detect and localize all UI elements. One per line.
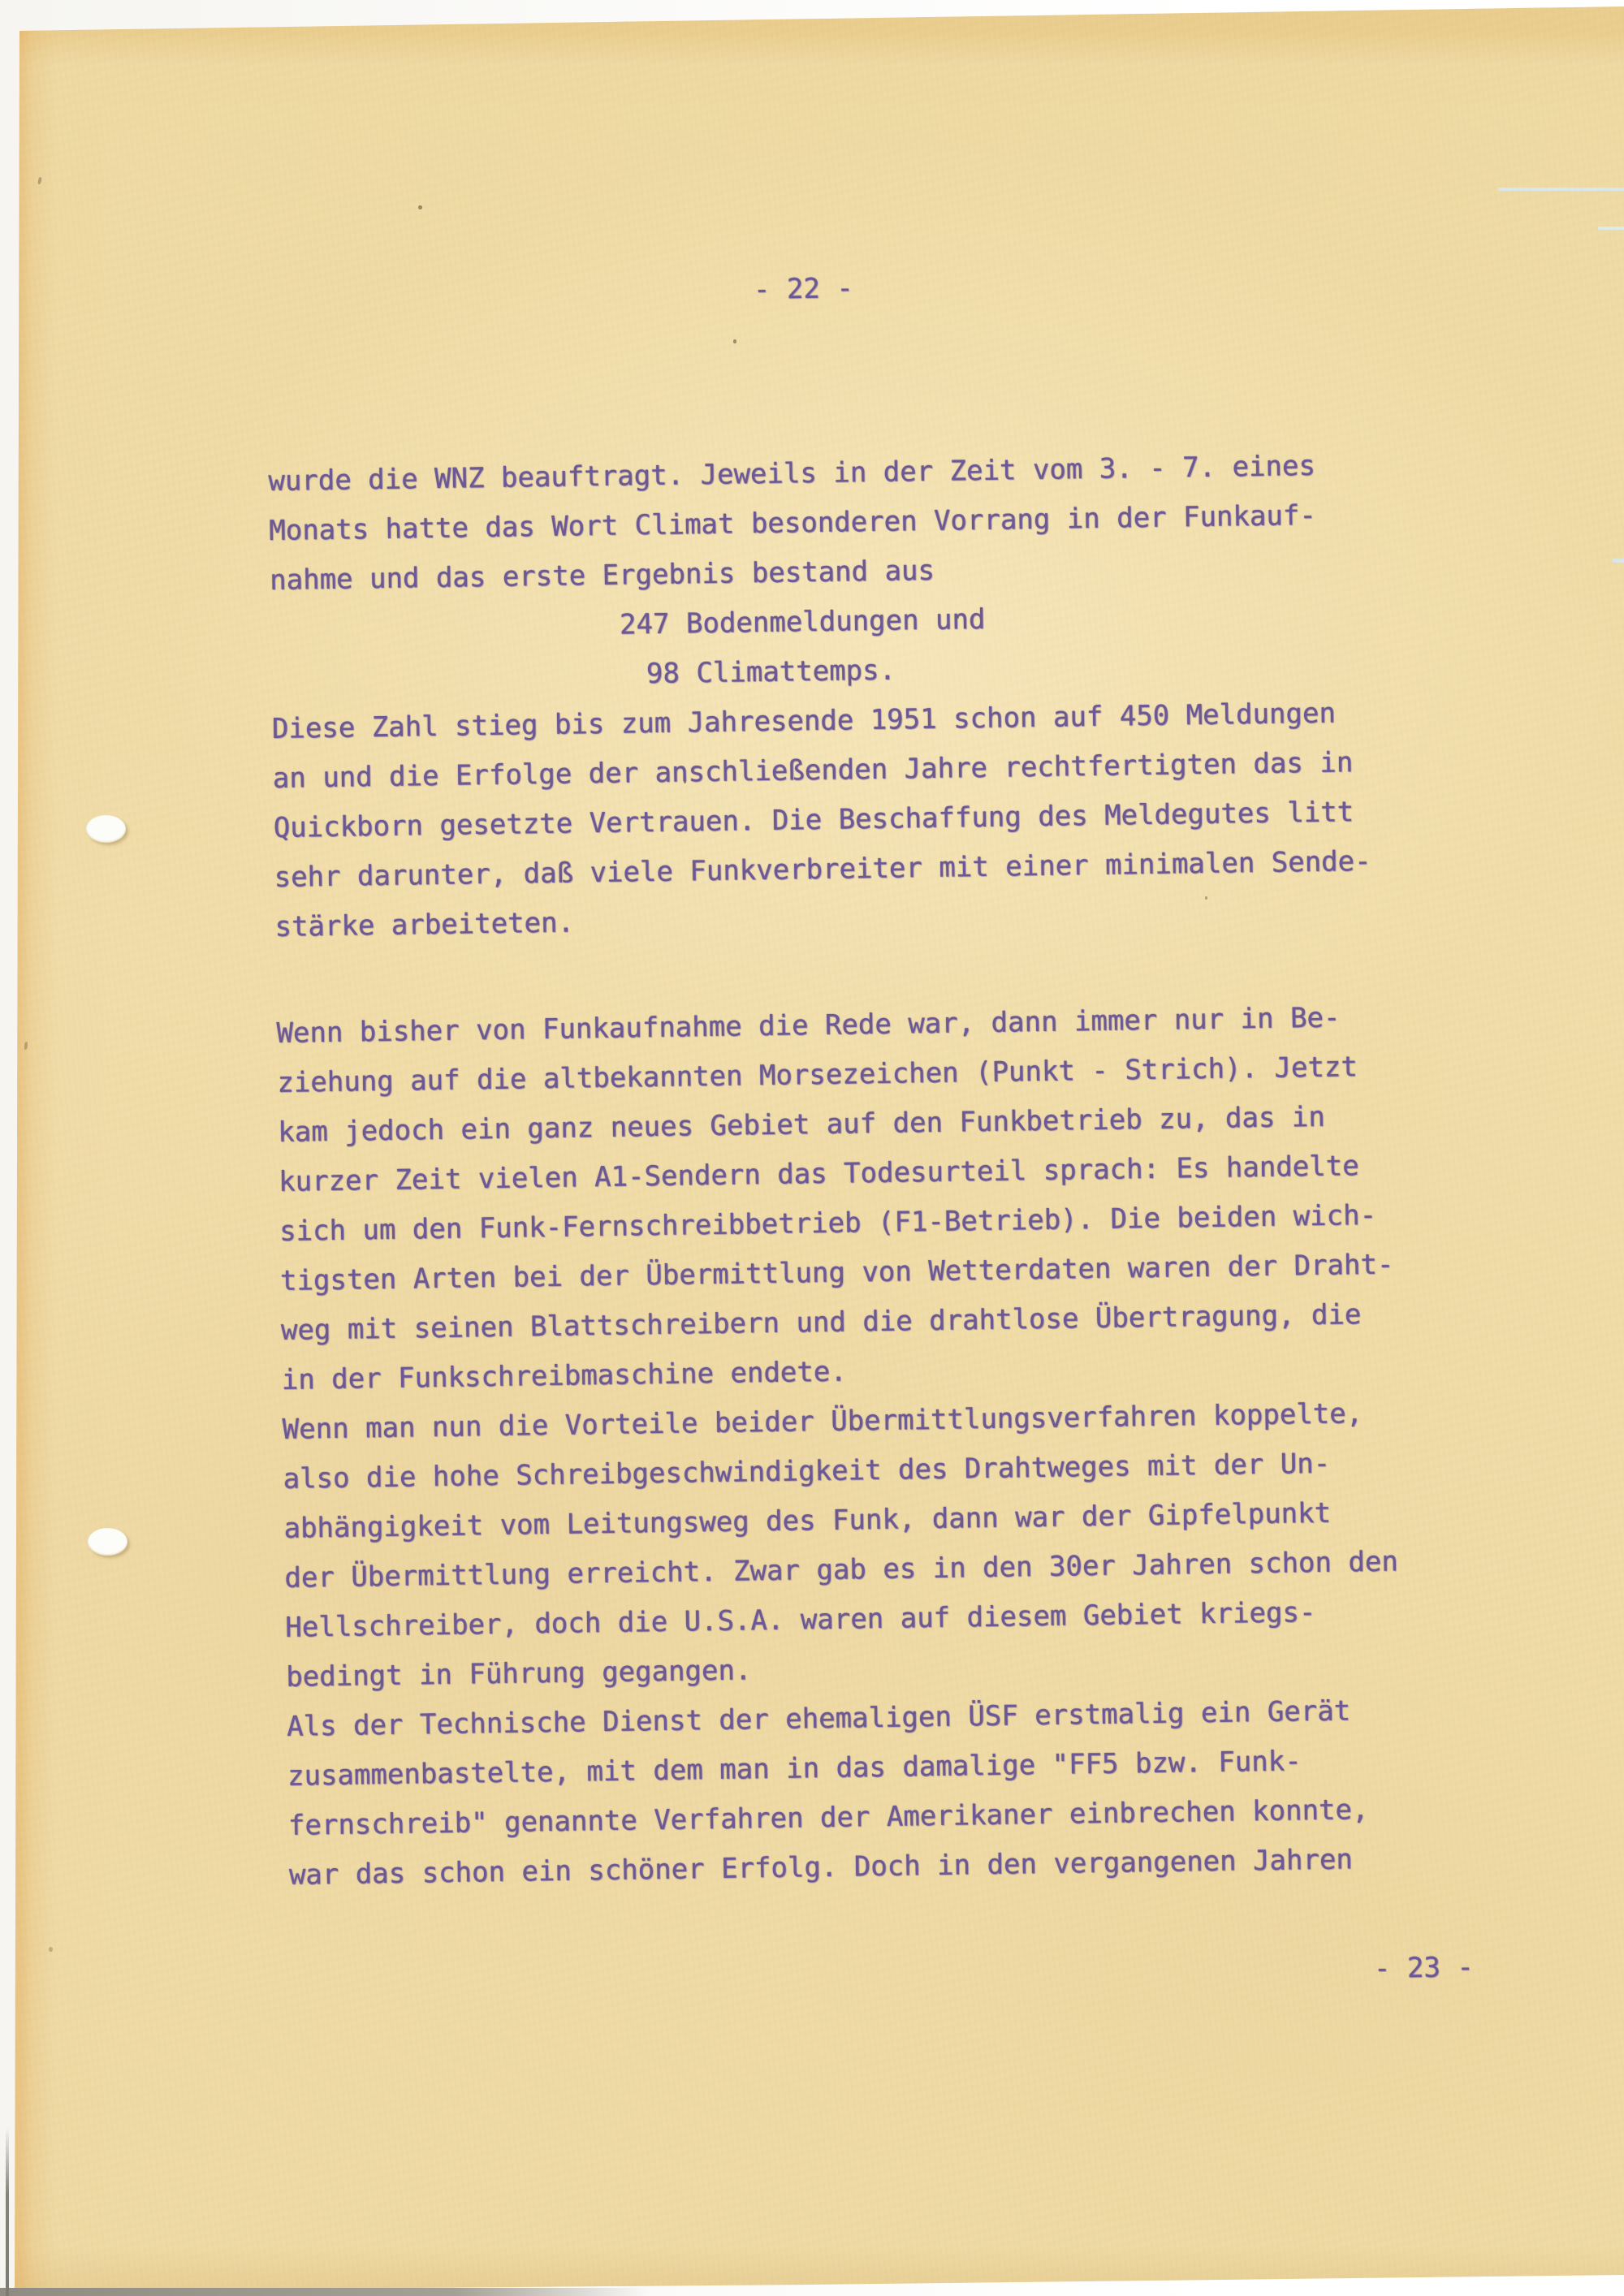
scanner-edge-line [6, 2127, 9, 2296]
punch-hole-bottom [88, 1528, 127, 1556]
scanner-edge-strip [0, 2288, 650, 2296]
page-footer-number: - 23 - [1374, 1943, 1475, 1994]
page-header-number: - 22 - [754, 264, 854, 315]
text-body: wurde die WNZ beauftragt. Jeweils in der… [268, 441, 1393, 1901]
paper-speck [49, 1947, 53, 1952]
scan-artifact-line [1498, 188, 1624, 191]
paper-speck [957, 615, 959, 619]
paragraph: Wenn bisher von Funkaufnahme die Rede wa… [276, 993, 1386, 1405]
scan-artifact-line [1598, 227, 1624, 230]
paragraph: Diese Zahl stieg bis zum Jahresende 1951… [272, 688, 1380, 952]
scan-artifact-line [1613, 559, 1624, 563]
paper-speck [1205, 896, 1207, 900]
paper-speck [418, 205, 422, 209]
paper-speck [733, 339, 736, 343]
paragraph: Wenn man nun die Vorteile beider Übermit… [282, 1389, 1390, 1703]
paragraph: Als der Technische Dienst der ehemaligen… [287, 1686, 1393, 1901]
paper-speck [684, 781, 686, 783]
punch-hole-top [86, 815, 126, 843]
paragraph: 247 Bodenmeldungen und98 Climattemps. [270, 589, 1376, 705]
paragraph: wurde die WNZ beauftragt. Jeweils in der… [268, 441, 1375, 606]
